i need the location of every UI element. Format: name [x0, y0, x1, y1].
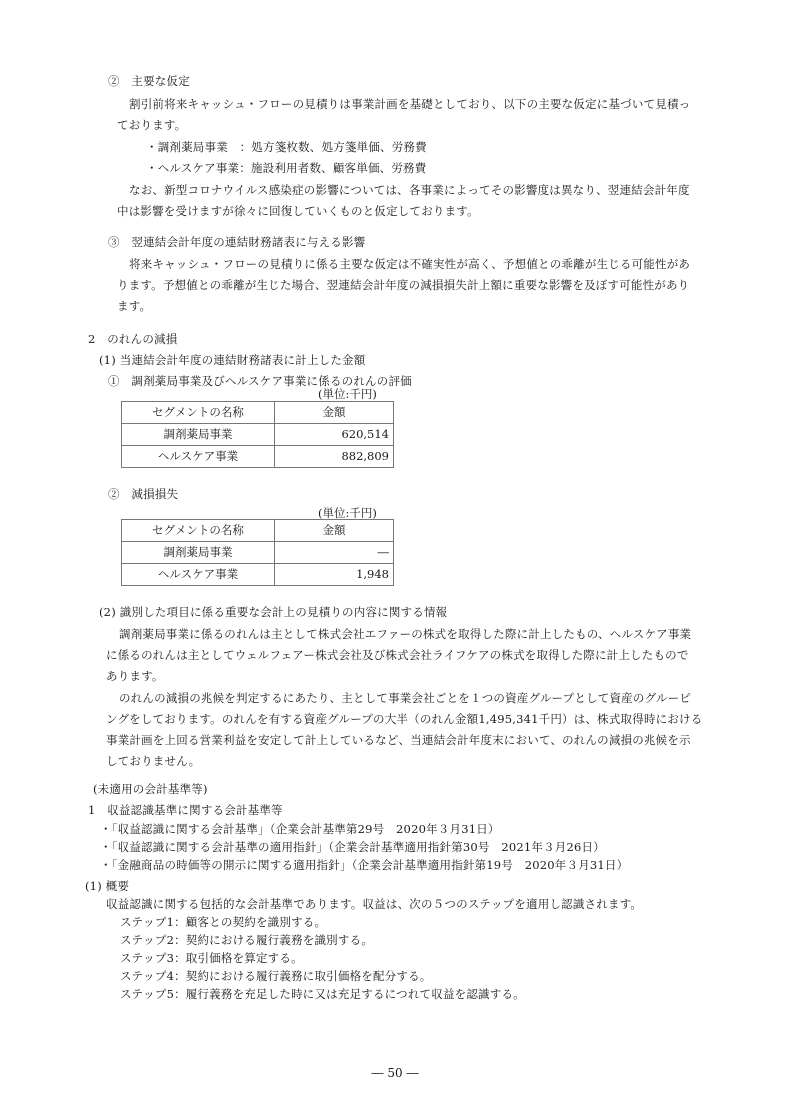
segment-name: 調剤薬局事業 — [122, 424, 275, 446]
assumptions-paragraph-line: 割引前将来キャッシュ・フローの見積りは事業計画を基礎としており、以下の主要な仮定… — [129, 95, 690, 113]
table-row: ヘルスケア事業 882,809 — [122, 446, 394, 468]
goodwill-heading: 2 のれんの減損 — [88, 330, 177, 348]
header-amount: 金額 — [275, 402, 394, 424]
table-row: 調剤薬局事業 ― — [122, 542, 394, 564]
goodwill-paragraph-line: ングをしております。のれんを有する資産グループの大半（のれん金額1,495,34… — [106, 710, 702, 728]
segment-name: 調剤薬局事業 — [122, 542, 275, 564]
segment-name: ヘルスケア事業 — [122, 564, 275, 586]
unapplied-standards-heading: (未適用の会計基準等) — [93, 780, 208, 798]
table-row: 調剤薬局事業 620,514 — [122, 424, 394, 446]
goodwill-subheading-2: (2) 識別した項目に係る重要な会計上の見積りの内容に関する情報 — [99, 603, 447, 621]
assumption-bullet-healthcare: ・ヘルスケア事業：施設利用者数、顧客単価、労務費 — [146, 159, 426, 177]
goodwill-paragraph-line: 事業計画を上回る営業利益を安定して計上しているなど、当連結会計年度末において、の… — [106, 731, 691, 749]
goodwill-paragraph-line: のれんの減損の兆候を判定するにあたり、主として事業会社ごとを１つの資産グループと… — [119, 689, 691, 707]
goodwill-paragraph-line: に係るのれんは主としてウェルフェアー株式会社及び株式会社ライフケアの株式を取得し… — [106, 646, 689, 664]
header-segment-name: セグメントの名称 — [122, 402, 275, 424]
impact-paragraph-line: ります。予想値との乖離が生じた場合、翌連結会計年度の減損損失計上額に重要な影響を… — [117, 276, 689, 294]
step-item: ステップ2：契約における履行義務を識別する。 — [120, 931, 373, 949]
segment-name: ヘルスケア事業 — [122, 446, 275, 468]
revenue-standard-heading: 1 収益認識基準に関する会計基準等 — [88, 801, 283, 819]
impairment-loss-table: セグメントの名称 金額 調剤薬局事業 ― ヘルスケア事業 1,948 — [121, 519, 394, 586]
goodwill-subheading-1: (1) 当連結会計年度の連結財務諸表に計上した金額 — [99, 351, 365, 369]
impact-paragraph-line: 将来キャッシュ・フローの見積りに係る主要な仮定は不確実性が高く、予想値との乖離が… — [129, 255, 690, 273]
assumptions-paragraph-line: ております。 — [117, 116, 186, 134]
overview-heading: (1) 概要 — [85, 877, 129, 895]
segment-amount: 620,514 — [275, 424, 394, 446]
header-segment-name: セグメントの名称 — [122, 520, 275, 542]
overview-intro: 収益認識に関する包括的な会計基準であります。収益は、次の５つのステップを適用し認… — [106, 895, 642, 913]
assumption-bullet-pharmacy: ・調剤薬局事業 ：処方箋枚数、処方箋単価、労務費 — [146, 138, 427, 156]
table-header-row: セグメントの名称 金額 — [122, 402, 394, 424]
table1-unit-label: (単位:千円) — [318, 386, 377, 402]
goodwill-paragraph-line: 調剤薬局事業に係るのれんは主として株式会社エファーの株式を取得した際に計上したも… — [119, 625, 691, 643]
goodwill-paragraph-line: あります。 — [106, 667, 164, 685]
standard-bullet: ・「収益認識に関する会計基準の適用指針」（企業会計基準適用指針第30号 2021… — [100, 838, 605, 856]
header-amount: 金額 — [275, 520, 394, 542]
goodwill-paragraph-line: しておりません。 — [106, 752, 200, 770]
standard-bullet: ・「金融商品の時価等の開示に関する適用指針」（企業会計基準適用指針第19号 20… — [100, 856, 628, 874]
step-item: ステップ5：履行義務を充足した時に又は充足するにつれて収益を認識する。 — [120, 985, 525, 1003]
goodwill-item-impairment: ② 減損損失 — [108, 485, 178, 503]
step-item: ステップ3：取引価格を算定する。 — [120, 949, 303, 967]
segment-amount: ― — [275, 542, 394, 564]
segment-amount: 882,809 — [275, 446, 394, 468]
covid-paragraph-line: 中は影響を受けますが徐々に回復していくものと仮定しております。 — [117, 202, 479, 220]
covid-paragraph-line: なお、新型コロナウイルス感染症の影響については、各事業によってその影響度は異なり… — [129, 181, 690, 199]
page-number: ― 50 ― — [0, 1066, 790, 1080]
goodwill-valuation-table: セグメントの名称 金額 調剤薬局事業 620,514 ヘルスケア事業 882,8… — [121, 401, 394, 468]
impact-heading: ③ 翌連結会計年度の連結財務諸表に与える影響 — [108, 233, 365, 251]
standard-bullet: ・「収益認識に関する会計基準」（企業会計基準第29号 2020年３月31日） — [100, 820, 500, 838]
table-row: ヘルスケア事業 1,948 — [122, 564, 394, 586]
impact-paragraph-line: ます。 — [117, 297, 151, 315]
step-item: ステップ1：顧客との契約を識別する。 — [120, 913, 326, 931]
assumptions-heading: ② 主要な仮定 — [108, 72, 190, 90]
segment-amount: 1,948 — [275, 564, 394, 586]
step-item: ステップ4：契約における履行義務に取引価格を配分する。 — [120, 967, 431, 985]
table-header-row: セグメントの名称 金額 — [122, 520, 394, 542]
